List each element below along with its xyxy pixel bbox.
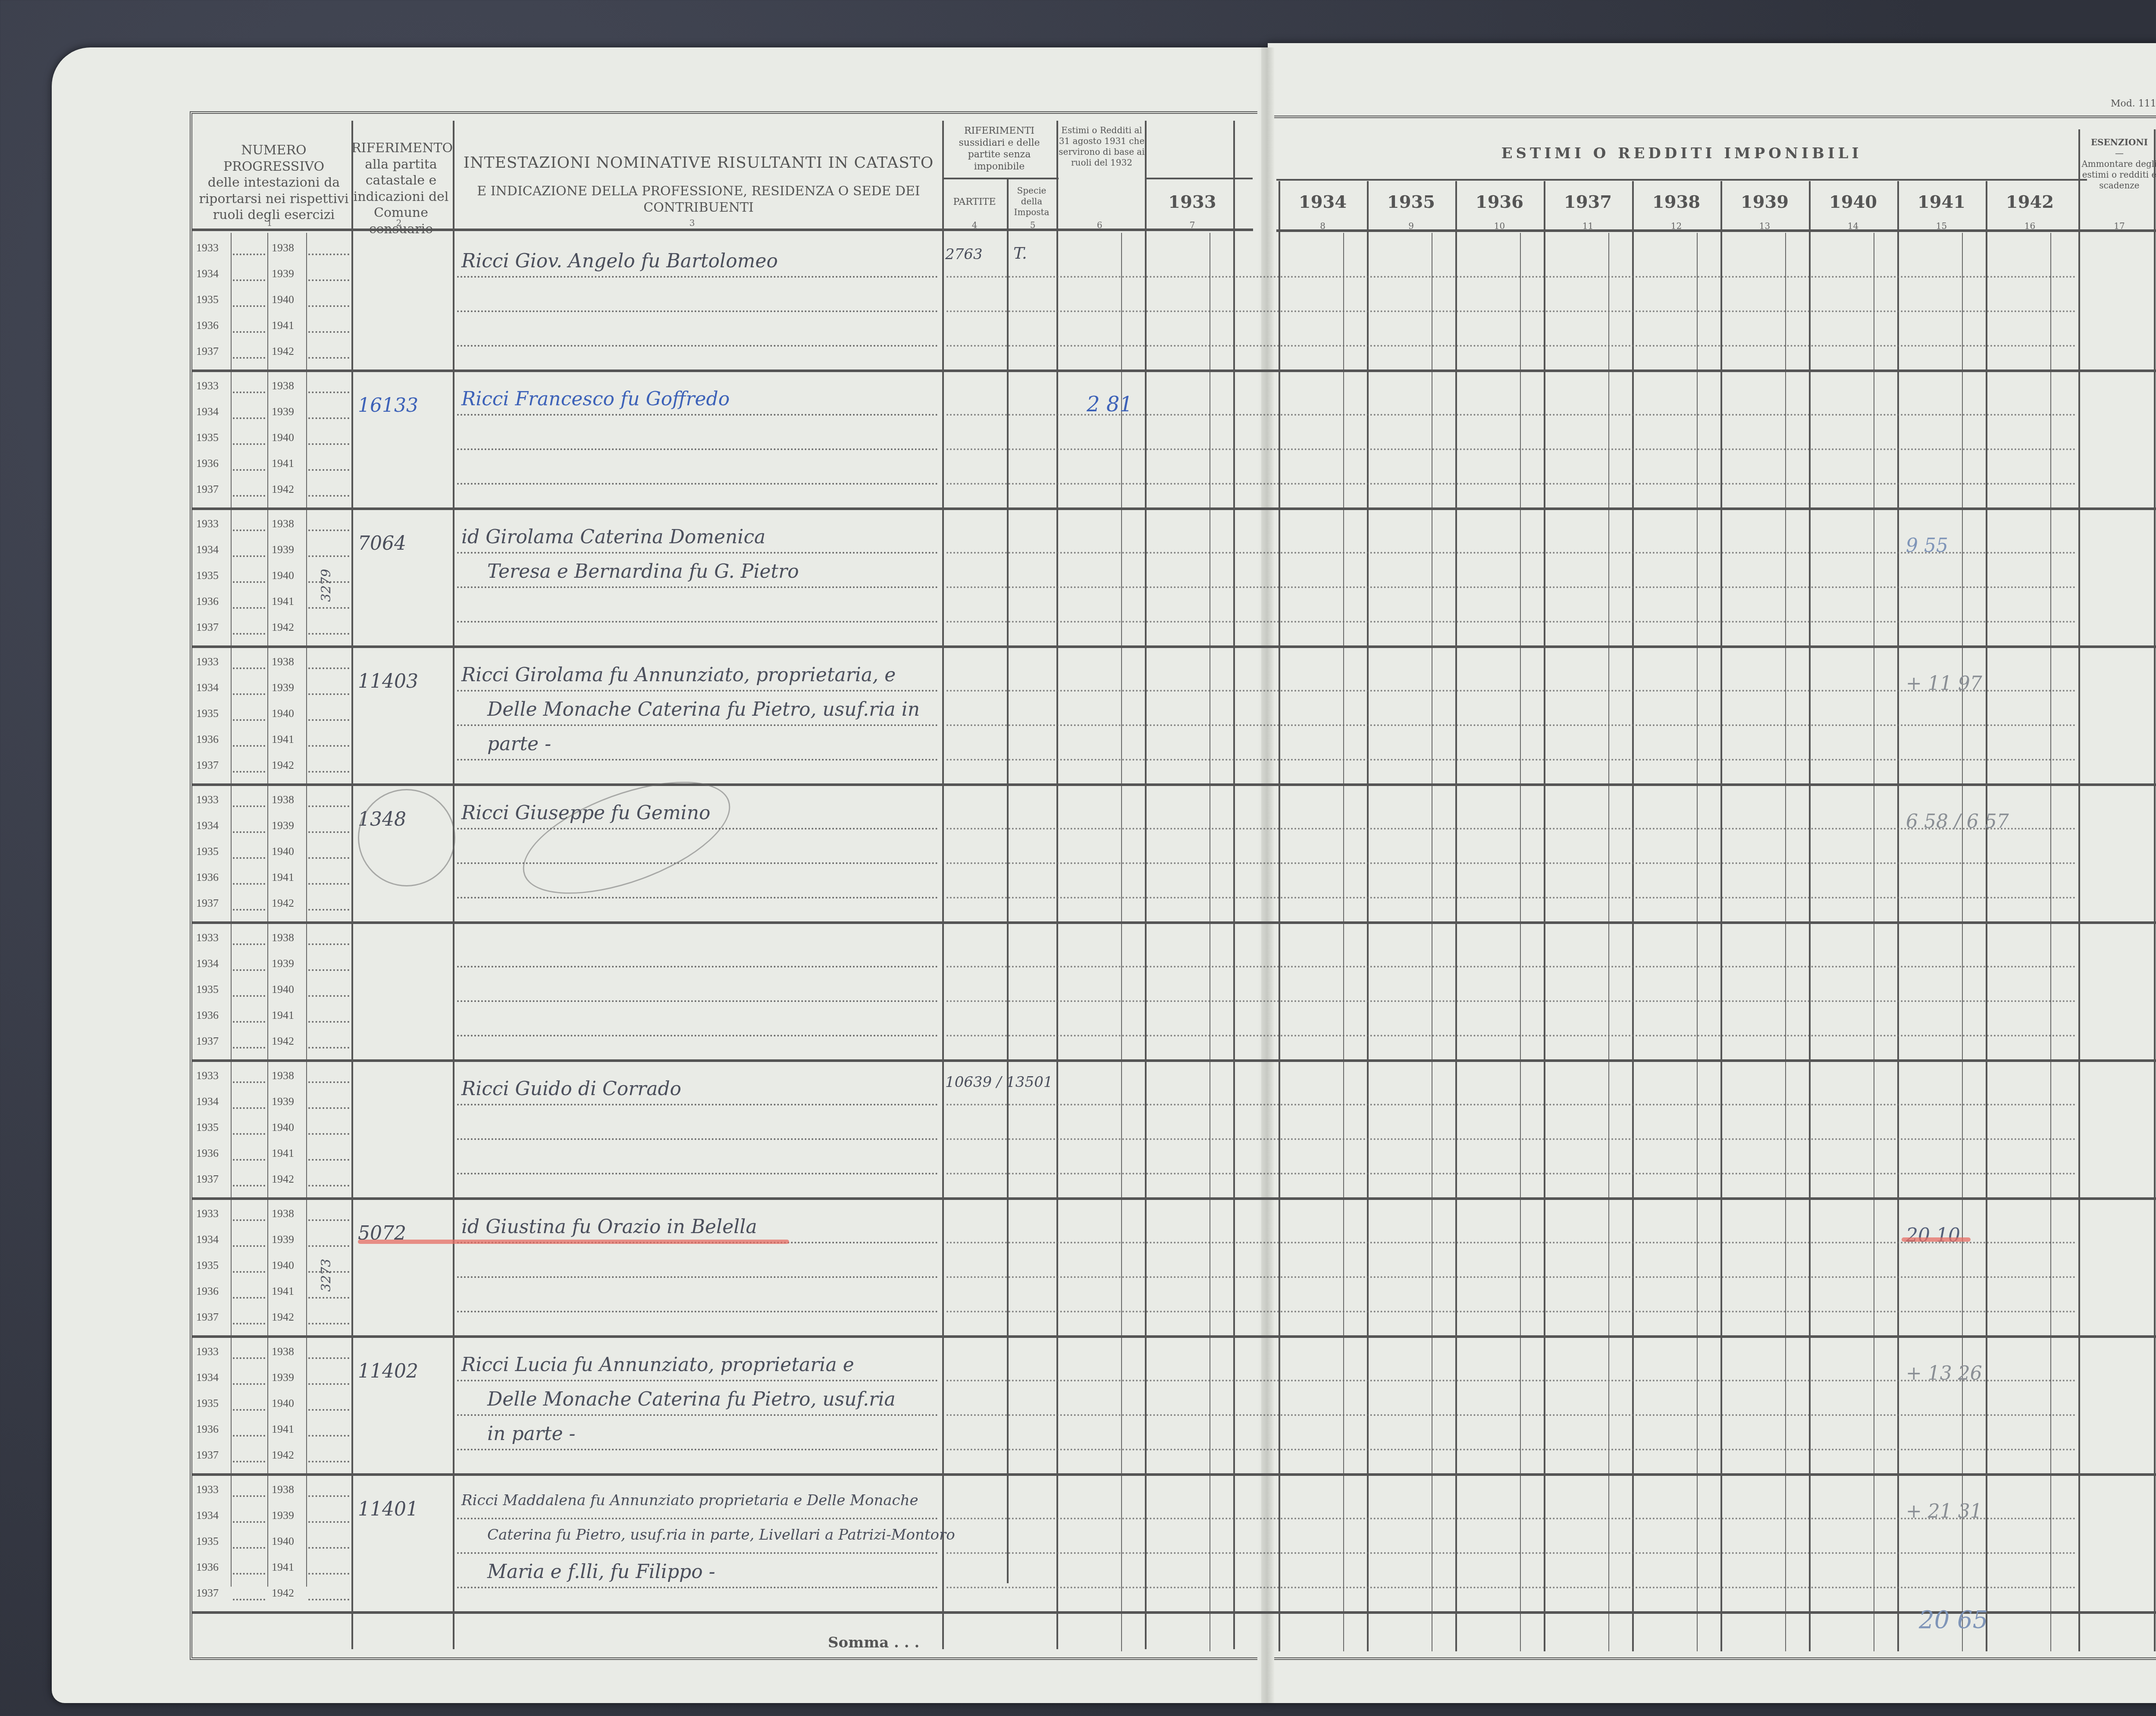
vline-cents-1938 [1697, 233, 1698, 1651]
entry-separator [192, 921, 2156, 924]
colnum-14: 14 [1809, 221, 1897, 231]
name-dotted-line [457, 345, 938, 347]
vline-year-1936 [1455, 181, 1457, 1651]
year-label: 1934 [196, 681, 219, 694]
year-label: 1933 [196, 517, 219, 530]
contributor-name-line: Ricci Guido di Corrado [461, 1078, 681, 1100]
vline-year-c [306, 233, 307, 1587]
vline-esenzioni-left [2078, 129, 2080, 1651]
year-label: 1934 [196, 543, 219, 556]
year-dotted-line [233, 943, 265, 945]
value-dotted-line [946, 586, 2076, 588]
vline-col6-col7 [1145, 121, 1147, 1649]
year-label: 1941 [272, 733, 294, 746]
contributor-name-line: id Giustina fu Orazio in Belella [461, 1216, 757, 1238]
year-dotted-line [233, 1409, 265, 1411]
value-dotted-line [946, 1311, 2076, 1312]
year-header-1940: 1940 [1809, 192, 1897, 212]
entry-separator [192, 1335, 2156, 1338]
year-label: 1941 [272, 1423, 294, 1436]
value-dotted-line [946, 621, 2076, 623]
year-dotted-line [233, 581, 265, 583]
colnum-9: 9 [1367, 221, 1455, 231]
name-dotted-line [457, 483, 938, 485]
year-dotted-line [233, 391, 265, 393]
name-dotted-line [457, 1449, 938, 1450]
estimo-1932-value: 2 81 [1087, 392, 1133, 416]
year-label: 1938 [272, 793, 294, 806]
colnum-1: 1 [259, 218, 280, 228]
left-table-frame [190, 111, 1257, 1660]
year-label: 1939 [272, 267, 294, 280]
somma-1941-value: 20 65 [1919, 1606, 1988, 1634]
year-label: 1942 [272, 621, 294, 634]
year-dotted-line [308, 883, 349, 885]
year-label: 1940 [272, 845, 294, 858]
name-dotted-line [457, 966, 938, 968]
contributor-name-line: Ricci Girolama fu Annunziato, proprietar… [461, 664, 896, 686]
name-dotted-line [457, 724, 938, 726]
header-col1: NUMERO PROGRESSIVO delle intestazioni da… [194, 142, 354, 223]
year-label: 1935 [196, 431, 219, 444]
year-dotted-line [308, 1547, 349, 1549]
vline-year-1942 [1986, 181, 1987, 1651]
year-dotted-line [233, 1107, 265, 1109]
vline-col2-col3 [453, 121, 454, 1649]
year-dotted-line [308, 1461, 349, 1462]
year-label: 1933 [196, 1207, 219, 1220]
contributor-name-line: parte - [487, 733, 551, 755]
year-dotted-line [308, 357, 349, 359]
year-dotted-line [308, 1409, 349, 1411]
header-col2-title: RIFERIMENTO [351, 140, 451, 157]
year-label: 1938 [272, 241, 294, 254]
year-label: 1938 [272, 931, 294, 944]
year-dotted-line [233, 1021, 265, 1023]
year-label: 1937 [196, 1311, 219, 1324]
year-dotted-line [308, 1383, 349, 1385]
year-dotted-line [308, 495, 349, 497]
year-label: 1936 [196, 595, 219, 608]
vline-cents-1941 [1962, 233, 1963, 1651]
year-label: 1941 [272, 595, 294, 608]
year-label: 1935 [196, 569, 219, 582]
vline-year-1939 [1720, 181, 1722, 1651]
header-col1-title: NUMERO PROGRESSIVO [194, 142, 354, 175]
entry-separator [192, 645, 2156, 648]
vline-year-1941 [1897, 181, 1899, 1651]
year-label: 1933 [196, 379, 219, 392]
year-dotted-line [233, 1435, 265, 1437]
year-label: 1940 [272, 431, 294, 444]
year-dotted-line [233, 1081, 265, 1083]
contributor-name-line: Ricci Francesco fu Goffredo [461, 388, 730, 410]
header-col6: Estimi o Redditi al 31 agosto 1931 che s… [1059, 125, 1145, 168]
esenzioni-sub: Ammontare degli estimi o redditi e scade… [2081, 159, 2156, 191]
vline-col7-end [1233, 121, 1235, 1649]
colnum-8: 8 [1279, 221, 1367, 231]
value-dotted-line [946, 1414, 2076, 1416]
year-label: 1940 [272, 293, 294, 306]
contributor-name-line: Delle Monache Caterina fu Pietro, usuf.r… [487, 1388, 896, 1410]
year-dotted-line [233, 555, 265, 557]
year-label: 1936 [196, 1009, 219, 1022]
year-dotted-line [233, 1297, 265, 1299]
name-dotted-line [457, 586, 938, 588]
year1933-subdivider [1145, 178, 1253, 179]
value-dotted-line [946, 1552, 2076, 1554]
value-dotted-line [946, 1449, 2076, 1450]
book-gutter [1261, 47, 1274, 1703]
header-esenzioni: ESENZIONI — Ammontare degli estimi o red… [2081, 137, 2156, 191]
esenzioni-dash: — [2081, 148, 2156, 159]
year-label: 1933 [196, 793, 219, 806]
vline-col4-col5 [1007, 178, 1009, 1583]
year-dotted-line [308, 1495, 349, 1497]
header-col45: RIFERIMENTI sussidiari e delle partite s… [942, 125, 1056, 172]
catasto-reference: 11402 [358, 1360, 418, 1382]
colnum-3: 3 [681, 218, 703, 228]
year-dotted-line [308, 443, 349, 445]
year-header-1941: 1941 [1897, 192, 1986, 212]
year-dotted-line [233, 883, 265, 885]
header-col7-year: 1933 [1149, 192, 1235, 212]
year-dotted-line [233, 443, 265, 445]
year-dotted-line [308, 279, 349, 281]
year-label: 1939 [272, 1371, 294, 1384]
side-note: 3273 [319, 1259, 334, 1291]
year-label: 1934 [196, 1095, 219, 1108]
year-dotted-line [308, 1021, 349, 1023]
vline-col1-col2 [351, 121, 353, 1649]
partite-value: 10639 / 13501 [945, 1074, 1053, 1091]
year-label: 1938 [272, 379, 294, 392]
year-dotted-line [233, 857, 265, 859]
year-dotted-line [308, 1159, 349, 1161]
year-dotted-line [233, 417, 265, 419]
year-label: 1938 [272, 1069, 294, 1082]
name-dotted-line [457, 759, 938, 761]
year-label: 1936 [196, 1561, 219, 1574]
year-label: 1936 [196, 871, 219, 884]
year-label: 1938 [272, 517, 294, 530]
name-dotted-line [457, 1414, 938, 1416]
year-dotted-line [233, 1599, 265, 1600]
year-dotted-line [308, 719, 349, 721]
value-dotted-line [946, 310, 2076, 312]
value-dotted-line [946, 897, 2076, 899]
vline-col5-col6 [1056, 121, 1058, 1649]
year-dotted-line [233, 667, 265, 669]
header-col3-sub: E INDICAZIONE DELLA PROFESSIONE, RESIDEN… [457, 183, 940, 216]
year-label: 1935 [196, 1397, 219, 1410]
year-dotted-line [308, 1435, 349, 1437]
vline-year-1938 [1632, 181, 1634, 1651]
year-label: 1941 [272, 457, 294, 470]
catasto-reference: 7064 [358, 532, 406, 554]
year-label: 1942 [272, 1173, 294, 1186]
vline-year-1937 [1544, 181, 1545, 1651]
year-label: 1941 [272, 1285, 294, 1298]
year-label: 1934 [196, 1371, 219, 1384]
year-label: 1941 [272, 871, 294, 884]
year-dotted-line [308, 1573, 349, 1575]
year-label: 1940 [272, 1397, 294, 1410]
year-label: 1937 [196, 1449, 219, 1462]
esenzioni-title: ESENZIONI [2081, 137, 2156, 148]
year-dotted-line [308, 555, 349, 557]
year-label: 1934 [196, 1509, 219, 1522]
partite-value: 2763 [945, 246, 983, 263]
colnum-2: 2 [388, 218, 410, 228]
red-strikethrough [1902, 1237, 1971, 1242]
specie-imposta-value: T. [1013, 244, 1027, 263]
vline-year-a [231, 233, 232, 1587]
year-dotted-line [233, 771, 265, 773]
name-dotted-line [457, 1173, 938, 1174]
year-label: 1933 [196, 1345, 219, 1358]
year-label: 1940 [272, 569, 294, 582]
name-dotted-line [457, 1276, 938, 1278]
year-dotted-line [233, 1159, 265, 1161]
value-dotted-line [946, 1035, 2076, 1036]
entry-separator [192, 783, 2156, 786]
year-label: 1936 [196, 733, 219, 746]
year-dotted-line [233, 1047, 265, 1049]
year-dotted-line [308, 391, 349, 393]
name-dotted-line [457, 1000, 938, 1002]
year-header-1935: 1935 [1367, 192, 1455, 212]
year-dotted-line [308, 469, 349, 471]
year-label: 1935 [196, 983, 219, 996]
year-dotted-line [233, 1383, 265, 1385]
year-label: 1941 [272, 1147, 294, 1160]
vline-cents-1934 [1343, 233, 1344, 1651]
year-label: 1936 [196, 1423, 219, 1436]
value-dotted-line [946, 1138, 2076, 1140]
value-dotted-line [946, 1104, 2076, 1105]
year-dotted-line [233, 331, 265, 333]
year-label: 1942 [272, 483, 294, 496]
name-dotted-line [457, 414, 938, 416]
value-dotted-line [946, 724, 2076, 726]
year-header-1934: 1934 [1279, 192, 1367, 212]
year-dotted-line [308, 909, 349, 911]
name-dotted-line [457, 621, 938, 623]
name-dotted-line [457, 1035, 938, 1036]
year-dotted-line [233, 1323, 265, 1325]
name-dotted-line [457, 276, 938, 278]
value-dotted-line [946, 448, 2076, 450]
year-label: 1939 [272, 819, 294, 832]
year-label: 1939 [272, 681, 294, 694]
year-dotted-line [233, 719, 265, 721]
year-dotted-line [233, 633, 265, 635]
value-dotted-line [946, 966, 2076, 968]
value-dotted-line [946, 1587, 2076, 1588]
year-label: 1942 [272, 1311, 294, 1324]
year-dotted-line [308, 529, 349, 531]
year-dotted-line [308, 331, 349, 333]
right-page-title: ESTIMI O REDDITI IMPONIBILI [1276, 144, 2087, 163]
contributor-name-line: Ricci Lucia fu Annunziato, proprietaria … [461, 1354, 854, 1376]
year-dotted-line [308, 1185, 349, 1187]
header-col1-sub: delle intestazioni da riportarsi nei ris… [194, 175, 354, 223]
year-label: 1937 [196, 1035, 219, 1048]
year-dotted-line [308, 943, 349, 945]
year-dotted-line [233, 469, 265, 471]
year-label: 1933 [196, 931, 219, 944]
year-label: 1934 [196, 819, 219, 832]
year-label: 1933 [196, 655, 219, 668]
value-dotted-line [946, 345, 2076, 347]
name-dotted-line [457, 1138, 938, 1140]
form-code: Mod. 111 - Imposte Dirette (Intercalare)… [2111, 98, 2156, 109]
catasto-reference: 11403 [358, 670, 418, 692]
year-label: 1940 [272, 1535, 294, 1548]
vline-col6-cents [1121, 233, 1122, 1651]
header-col4: PARTITE [942, 196, 1007, 208]
year-label: 1937 [196, 759, 219, 772]
value-1941: 9 55 [1906, 535, 1948, 557]
year-dotted-line [233, 969, 265, 971]
name-dotted-line [457, 310, 938, 312]
vline-esenzioni-right [2154, 129, 2156, 1651]
vline-year-1935 [1367, 181, 1369, 1651]
year-label: 1936 [196, 457, 219, 470]
somma-label: Somma . . . [828, 1634, 919, 1651]
year-label: 1935 [196, 707, 219, 720]
vline-col7-cents [1210, 233, 1210, 1651]
value-1941: + 11 97 [1906, 673, 1982, 695]
year-label: 1941 [272, 1009, 294, 1022]
year-dotted-line [233, 1573, 265, 1575]
year-label: 1934 [196, 957, 219, 970]
name-dotted-line [457, 552, 938, 554]
contributor-name-line: Ricci Giov. Angelo fu Bartolomeo [461, 250, 778, 272]
name-dotted-line [457, 1380, 938, 1381]
year-label: 1939 [272, 543, 294, 556]
year-dotted-line [308, 1133, 349, 1135]
entry-separator [192, 1473, 2156, 1476]
contributor-name-line: Ricci Maddalena fu Annunziato proprietar… [461, 1492, 918, 1509]
header-col5: Specie della Imposta [1007, 185, 1056, 218]
year-dotted-line [233, 745, 265, 747]
vline-cents-1937 [1608, 233, 1609, 1651]
header-col45-sub: sussidiari e delle partite senza imponib… [942, 137, 1056, 173]
year-dotted-line [308, 607, 349, 609]
year-dotted-line [308, 1323, 349, 1325]
cancellation-loop [358, 789, 455, 886]
year-dotted-line [308, 745, 349, 747]
year-label: 1942 [272, 345, 294, 358]
year-dotted-line [308, 1245, 349, 1247]
year-dotted-line [308, 1047, 349, 1049]
year-label: 1939 [272, 1509, 294, 1522]
vline-year-1940 [1809, 181, 1811, 1651]
vline-cents-1935 [1432, 233, 1432, 1651]
vline-col3-col4 [942, 121, 944, 1649]
riferimenti-subdivider [942, 178, 1059, 179]
year-dotted-line [233, 909, 265, 911]
year-dotted-line [308, 995, 349, 997]
catasto-reference: 11401 [358, 1498, 418, 1520]
year-label: 1937 [196, 345, 219, 358]
year-label: 1936 [196, 319, 219, 332]
entry-separator [192, 1059, 2156, 1062]
year-label: 1942 [272, 759, 294, 772]
year-dotted-line [233, 1357, 265, 1359]
contributor-name-line: Delle Monache Caterina fu Pietro, usuf.r… [487, 698, 920, 720]
year-dotted-line [233, 831, 265, 833]
year-label: 1935 [196, 1121, 219, 1134]
year-label: 1937 [196, 897, 219, 910]
year-header-1938: 1938 [1632, 192, 1720, 212]
value-dotted-line [946, 276, 2076, 278]
year-dotted-line [308, 771, 349, 773]
year-dotted-line [233, 279, 265, 281]
year-dotted-line [308, 417, 349, 419]
name-dotted-line [457, 448, 938, 450]
year-label: 1935 [196, 293, 219, 306]
year-dotted-line [233, 1185, 265, 1187]
year-label: 1939 [272, 1233, 294, 1246]
year-dotted-line [233, 305, 265, 307]
year-label: 1933 [196, 1483, 219, 1496]
year-dotted-line [233, 1547, 265, 1549]
colnum-12: 12 [1632, 221, 1720, 231]
year-label: 1937 [196, 1587, 219, 1600]
year-dotted-line [308, 1107, 349, 1109]
year-dotted-line [308, 305, 349, 307]
year-label: 1942 [272, 1587, 294, 1600]
year-header-1942: 1942 [1986, 192, 2074, 212]
year-header-1936: 1936 [1455, 192, 1544, 212]
year-dotted-line [308, 1521, 349, 1523]
name-dotted-line [457, 1552, 938, 1554]
year-dotted-line [233, 1461, 265, 1462]
value-dotted-line [946, 862, 2076, 864]
year-dotted-line [308, 1081, 349, 1083]
contributor-name-line: in parte - [487, 1423, 575, 1445]
year-dotted-line [233, 1133, 265, 1135]
year-dotted-line [233, 254, 265, 255]
year-dotted-line [233, 1245, 265, 1247]
year-dotted-line [233, 1219, 265, 1221]
year-dotted-line [308, 693, 349, 695]
year-label: 1940 [272, 1259, 294, 1272]
year-dotted-line [308, 254, 349, 255]
year-dotted-line [308, 633, 349, 635]
year-label: 1939 [272, 957, 294, 970]
year-label: 1940 [272, 707, 294, 720]
vline-cents-1936 [1520, 233, 1521, 1651]
value-dotted-line [946, 1276, 2076, 1278]
value-1941: 20 10 [1906, 1224, 1960, 1246]
year-label: 1939 [272, 1095, 294, 1108]
colnum-16: 16 [1986, 221, 2074, 231]
right-table-frame [1274, 116, 2156, 1660]
year-dotted-line [233, 995, 265, 997]
year-dotted-line [233, 1495, 265, 1497]
year-dotted-line [233, 495, 265, 497]
year-label: 1937 [196, 621, 219, 634]
year-dotted-line [233, 607, 265, 609]
catasto-reference: 16133 [358, 395, 418, 416]
value-dotted-line [946, 1000, 2076, 1002]
contributor-name-line: Teresa e Bernardina fu G. Pietro [487, 561, 799, 582]
header-col45-title: RIFERIMENTI [942, 125, 1056, 137]
